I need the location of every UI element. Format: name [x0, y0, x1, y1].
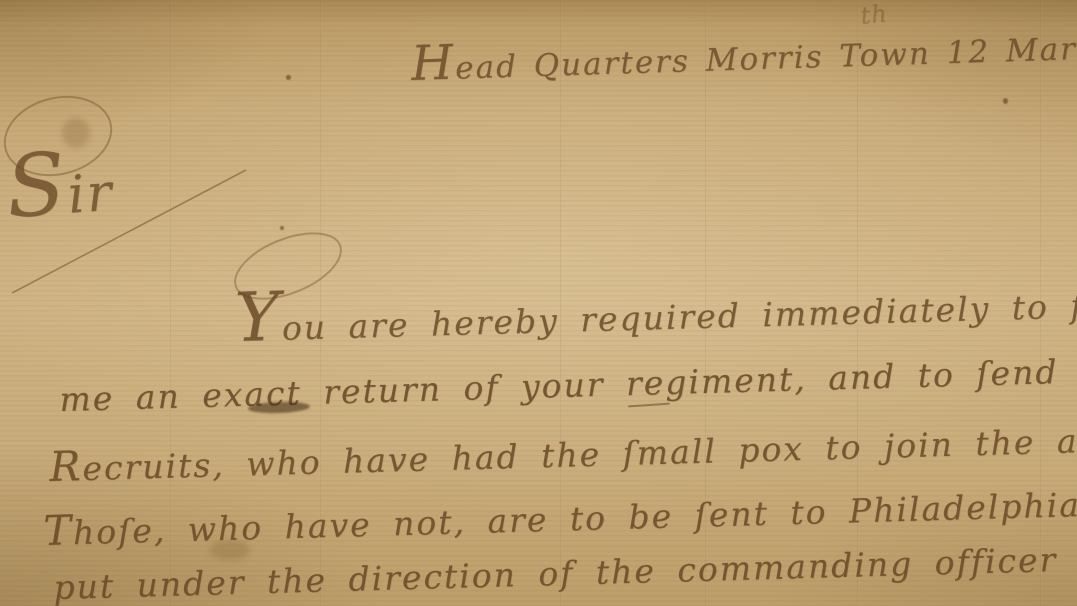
manuscript-scan: th Head Quarters Morris Town 12 March 17… [0, 0, 1077, 606]
salutation: Sir [3, 131, 116, 238]
